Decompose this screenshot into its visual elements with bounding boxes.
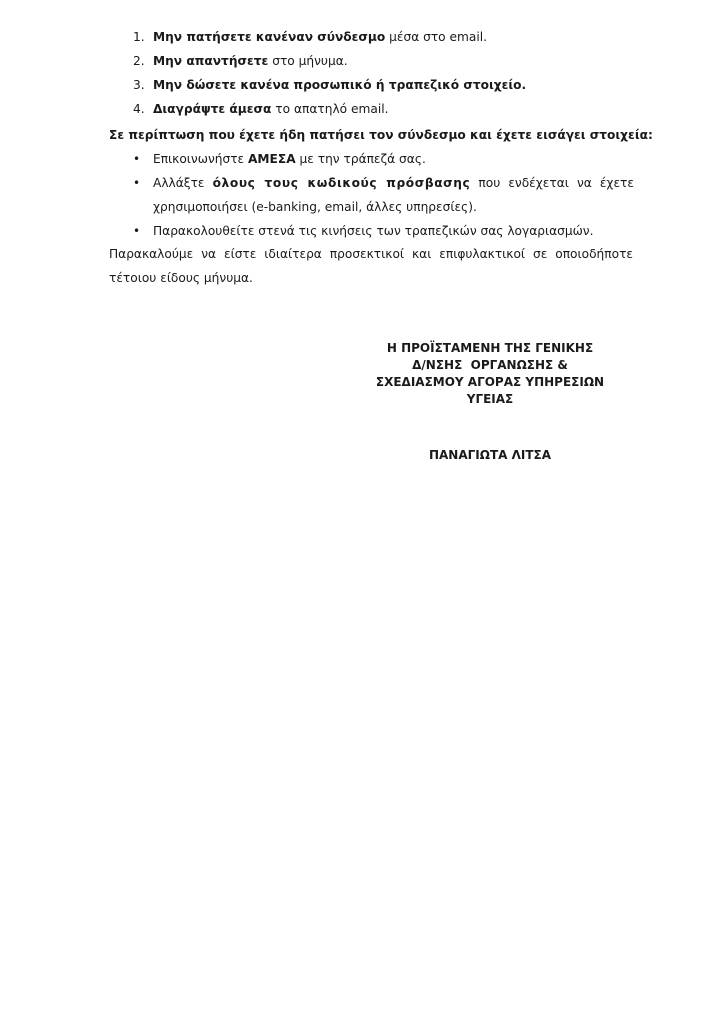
bullet-icon: •: [133, 171, 153, 195]
list-item-emphasis: Μην πατήσετε κανέναν σύνδεσμο: [153, 30, 385, 44]
list-item-text: το απατηλό email.: [271, 102, 388, 116]
bullet-text: Αλλάξτε όλους τους κωδικούς πρόσβασης πο…: [153, 171, 634, 219]
list-item: 4.Διαγράψτε άμεσα το απατηλό email.: [133, 100, 388, 118]
bullet-text-part: Επικοινωνήστε: [153, 152, 248, 166]
bullet-item: • Επικοινωνήστε ΑΜΕΣΑ με την τράπεζά σας…: [133, 147, 634, 171]
list-number: 2.: [133, 52, 153, 70]
bullet-text-part: Αλλάξτε: [153, 176, 213, 190]
list-item-text: στο μήνυμα.: [268, 54, 347, 68]
signature-title-line: Η ΠΡΟΪΣΤΑΜΕΝΗ ΤΗΣ ΓΕΝΙΚΗΣ: [360, 340, 620, 357]
signature-title-line: ΣΧΕΔΙΑΣΜΟΥ ΑΓΟΡΑΣ ΥΠΗΡΕΣΙΩΝ: [360, 374, 620, 391]
list-number: 3.: [133, 76, 153, 94]
bullet-icon: •: [133, 219, 153, 243]
bullet-emphasis: όλους τους κωδικούς πρόσβασης: [213, 176, 471, 190]
bullet-text-part: Παρακολουθείτε στενά τις κινήσεις των τρ…: [153, 224, 594, 238]
list-item: 3.Μην δώσετε κανένα προσωπικό ή τραπεζικ…: [133, 76, 526, 94]
list-item-text: μέσα στο email.: [385, 30, 487, 44]
list-item-emphasis: Διαγράψτε άμεσα: [153, 102, 271, 116]
list-number: 1.: [133, 28, 153, 46]
signature-title: Η ΠΡΟΪΣΤΑΜΕΝΗ ΤΗΣ ΓΕΝΙΚΗΣ Δ/ΝΣΗΣ ΟΡΓΑΝΩΣ…: [360, 340, 620, 408]
bullet-item: • Αλλάξτε όλους τους κωδικούς πρόσβασης …: [133, 171, 634, 219]
list-item: 2.Μην απαντήσετε στο μήνυμα.: [133, 52, 348, 70]
signature-title-line: ΥΓΕΙΑΣ: [360, 391, 620, 408]
list-item-emphasis: Μην απαντήσετε: [153, 54, 268, 68]
closing-paragraph: Παρακαλούμε να είστε ιδιαίτερα προσεκτικ…: [109, 242, 633, 290]
list-item-emphasis: Μην δώσετε κανένα προσωπικό ή τραπεζικό …: [153, 78, 526, 92]
bullet-text: Παρακολουθείτε στενά τις κινήσεις των τρ…: [153, 219, 634, 243]
document-page: 1.Μην πατήσετε κανέναν σύνδεσμο μέσα στο…: [0, 0, 724, 1024]
bullet-emphasis: ΑΜΕΣΑ: [248, 152, 296, 166]
section-heading: Σε περίπτωση που έχετε ήδη πατήσει τον σ…: [109, 126, 653, 144]
signature-name: ΠΑΝΑΓΙΩΤΑ ΛΙΤΣΑ: [360, 447, 620, 464]
bullet-text-part: με την τράπεζά σας.: [296, 152, 426, 166]
signature-title-line: Δ/ΝΣΗΣ ΟΡΓΑΝΩΣΗΣ &: [360, 357, 620, 374]
bullet-icon: •: [133, 147, 153, 171]
list-number: 4.: [133, 100, 153, 118]
bullet-text: Επικοινωνήστε ΑΜΕΣΑ με την τράπεζά σας.: [153, 147, 634, 171]
list-item: 1.Μην πατήσετε κανέναν σύνδεσμο μέσα στο…: [133, 28, 487, 46]
bullet-item: • Παρακολουθείτε στενά τις κινήσεις των …: [133, 219, 634, 243]
